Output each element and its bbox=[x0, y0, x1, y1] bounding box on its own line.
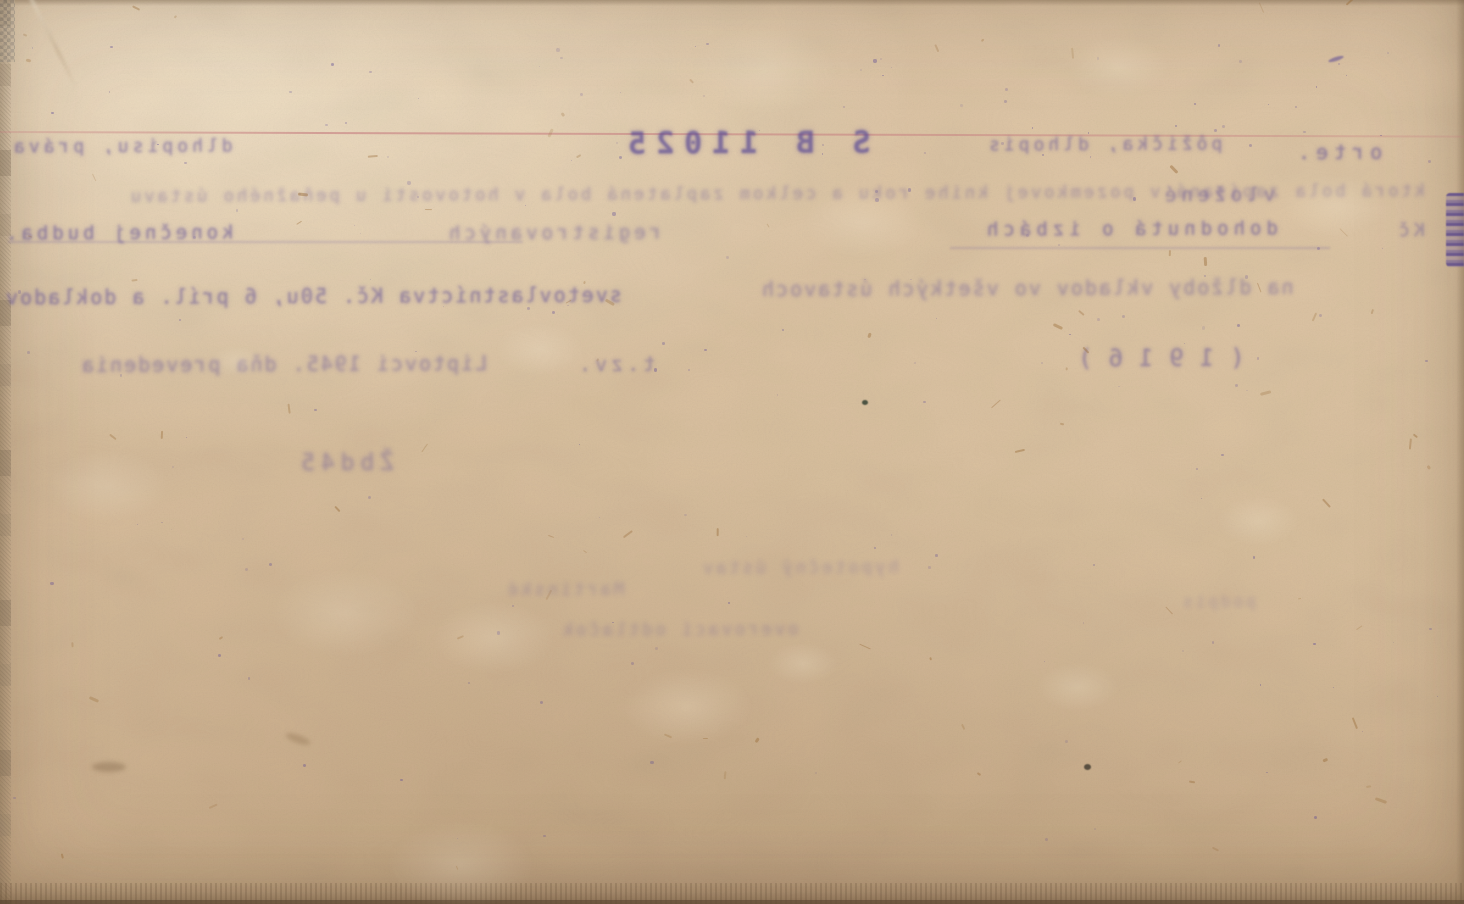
paper-fiber-speck bbox=[161, 431, 163, 439]
ink-speck bbox=[1093, 564, 1095, 566]
ink-speck bbox=[864, 279, 865, 280]
ink-speck bbox=[1042, 154, 1043, 155]
ink-speck bbox=[387, 156, 389, 158]
paper-fiber-speck bbox=[980, 38, 984, 42]
ink-speck bbox=[1246, 390, 1248, 392]
paper-fiber-speck bbox=[977, 772, 981, 776]
ink-speck bbox=[1045, 838, 1048, 841]
ink-speck bbox=[415, 351, 416, 352]
paper-fiber-speck bbox=[334, 505, 340, 511]
paper-fiber-speck bbox=[1322, 758, 1328, 762]
paper-fiber-speck bbox=[606, 299, 616, 306]
ink-speck bbox=[245, 568, 248, 571]
ink-speck bbox=[891, 67, 893, 69]
paper-fiber-speck bbox=[1169, 165, 1178, 174]
ink-speck bbox=[1313, 643, 1316, 646]
paper-fiber-speck bbox=[1356, 625, 1362, 630]
ink-speck bbox=[314, 409, 317, 412]
ink-speck bbox=[599, 517, 601, 519]
ink-speck bbox=[882, 75, 884, 77]
ink-speck bbox=[552, 311, 555, 314]
paper-fiber-speck bbox=[596, 358, 599, 362]
ink-speck bbox=[1338, 63, 1340, 65]
ink-speck bbox=[1268, 104, 1269, 105]
ink-speck bbox=[822, 144, 824, 146]
paper-fiber-speck bbox=[1188, 780, 1195, 783]
ink-speck bbox=[539, 66, 540, 67]
paper-speckle-layer bbox=[0, 0, 1464, 904]
ink-speck bbox=[620, 92, 621, 93]
ink-speck bbox=[468, 682, 470, 684]
paper-light-patch bbox=[1218, 497, 1299, 546]
ink-speck bbox=[137, 524, 138, 525]
ink-speck bbox=[815, 772, 817, 774]
ink-speck bbox=[650, 761, 654, 765]
ink-speck bbox=[1041, 362, 1043, 364]
paper-fiber-speck bbox=[1165, 606, 1173, 614]
ink-speck bbox=[728, 602, 730, 604]
ink-speck bbox=[688, 369, 690, 371]
paper-fiber-speck bbox=[1257, 283, 1262, 293]
ink-speck bbox=[1175, 125, 1177, 127]
paper-fiber-speck bbox=[218, 636, 222, 640]
ink-speck bbox=[759, 130, 760, 131]
ink-speck bbox=[910, 279, 912, 281]
ink-speck bbox=[873, 59, 876, 62]
ink-speck bbox=[684, 514, 686, 516]
paper-fiber-speck bbox=[1083, 347, 1090, 354]
ink-speck bbox=[1317, 247, 1320, 250]
scanned-document: dlhopisu, práva S B 11025 pôžička, dlhop… bbox=[0, 0, 1464, 904]
ink-speck bbox=[843, 106, 845, 108]
paper-fiber-speck bbox=[89, 696, 100, 703]
paper-fiber-speck bbox=[61, 853, 64, 858]
ink-speck bbox=[567, 305, 568, 306]
ink-speck bbox=[184, 162, 186, 164]
ink-speck bbox=[418, 98, 419, 99]
ink-speck bbox=[726, 256, 729, 259]
ink-speck bbox=[1202, 326, 1205, 329]
ink-speck bbox=[1346, 75, 1347, 76]
paper-fiber-speck bbox=[1322, 499, 1331, 508]
ink-speck bbox=[1245, 275, 1248, 278]
paper-fiber-speck bbox=[1409, 438, 1412, 449]
ink-speck bbox=[560, 57, 563, 60]
paper-fiber-speck bbox=[565, 300, 571, 304]
ink-speck bbox=[1428, 160, 1431, 163]
ink-speck bbox=[655, 647, 658, 650]
ink-speck bbox=[248, 677, 251, 680]
ink-speck bbox=[27, 351, 30, 354]
paper-fiber-speck bbox=[26, 59, 31, 62]
paper-fiber-speck bbox=[767, 224, 770, 228]
ink-speck bbox=[354, 225, 355, 226]
ink-speck bbox=[1097, 318, 1100, 321]
ink-speck bbox=[874, 547, 876, 549]
ink-speck bbox=[612, 212, 615, 215]
ink-speck bbox=[1437, 696, 1438, 697]
ink-speck bbox=[1249, 144, 1252, 147]
ink-speck bbox=[1005, 88, 1008, 91]
ink-speck bbox=[631, 662, 635, 666]
ink-speck bbox=[654, 368, 657, 371]
ink-speck bbox=[923, 401, 926, 404]
paper-fiber-speck bbox=[1060, 422, 1064, 425]
ink-speck bbox=[1239, 60, 1242, 63]
ink-speck bbox=[1222, 125, 1225, 128]
paper-fiber-speck bbox=[1169, 250, 1171, 256]
paper-fiber-speck bbox=[934, 44, 939, 52]
paper-fiber-speck bbox=[1345, 0, 1354, 6]
ink-speck bbox=[171, 529, 172, 530]
paper-fiber-speck bbox=[867, 332, 871, 338]
ink-speck bbox=[269, 563, 272, 566]
paper-light-patch bbox=[211, 346, 262, 376]
paper-fiber-speck bbox=[132, 278, 138, 281]
ink-speck bbox=[1237, 324, 1240, 327]
ink-speck bbox=[822, 153, 823, 154]
paper-fiber-speck bbox=[1351, 718, 1357, 730]
paper-light-patch bbox=[272, 569, 418, 657]
paper-light-patch bbox=[768, 643, 838, 685]
ink-speck bbox=[161, 522, 163, 524]
ink-speck bbox=[1221, 454, 1224, 457]
paper-fiber-speck bbox=[1312, 313, 1317, 322]
ink-speck bbox=[960, 104, 963, 107]
ink-speck bbox=[1196, 468, 1198, 470]
ink-speck bbox=[1026, 234, 1029, 237]
ink-speck bbox=[1333, 687, 1334, 688]
paper-fiber-speck bbox=[298, 193, 308, 197]
ink-speck bbox=[236, 209, 238, 211]
ink-speck bbox=[325, 124, 327, 126]
paper-fiber-speck bbox=[755, 737, 760, 742]
paper-fiber-speck bbox=[991, 399, 1001, 408]
ink-speck bbox=[1214, 129, 1217, 132]
paper-fiber-speck bbox=[548, 535, 554, 538]
ink-speck bbox=[556, 48, 560, 52]
paper-light-patch bbox=[387, 821, 534, 904]
paper-fiber-speck bbox=[1366, 786, 1371, 788]
ink-speck bbox=[543, 835, 545, 837]
ink-speck bbox=[303, 764, 306, 767]
ink-speck bbox=[345, 122, 346, 123]
ink-speck bbox=[1314, 816, 1317, 819]
ink-speck bbox=[360, 233, 361, 234]
ink-speck bbox=[186, 437, 188, 439]
ink-speck bbox=[218, 654, 221, 657]
ink-speck bbox=[1204, 275, 1206, 277]
ink-speck bbox=[1001, 142, 1004, 145]
ink-speck bbox=[400, 779, 403, 782]
paper-fiber-speck bbox=[929, 657, 932, 661]
paper-fiber-speck bbox=[132, 5, 140, 11]
ink-speck bbox=[443, 306, 444, 307]
ink-speck bbox=[370, 279, 372, 281]
ink-speck bbox=[1094, 828, 1096, 830]
ink-speck bbox=[193, 236, 196, 239]
paper-fiber-speck bbox=[422, 443, 429, 451]
paper-fiber-speck bbox=[1427, 465, 1431, 470]
paper-fiber-speck bbox=[723, 771, 726, 779]
paper-fiber-speck bbox=[961, 724, 966, 731]
ink-speck bbox=[1253, 556, 1256, 559]
ink-speck bbox=[1266, 772, 1267, 773]
ink-speck bbox=[407, 181, 410, 184]
ink-speck bbox=[928, 566, 931, 569]
ink-speck bbox=[1425, 360, 1428, 363]
paper-fiber-speck bbox=[92, 173, 97, 181]
paper-fiber-speck bbox=[71, 642, 73, 647]
paper-fiber-speck bbox=[1052, 323, 1062, 330]
ink-speck bbox=[1184, 343, 1186, 345]
paper-light-patch bbox=[1284, 175, 1387, 237]
ink-speck bbox=[1235, 384, 1238, 387]
paper-fiber-speck bbox=[1414, 434, 1419, 438]
paper-fiber-speck bbox=[623, 530, 634, 539]
paper-light-patch bbox=[1037, 663, 1118, 712]
paper-fiber-speck bbox=[425, 209, 432, 211]
paper-fiber-speck bbox=[1212, 846, 1219, 851]
ink-speck bbox=[1212, 641, 1215, 644]
paper-fiber-speck bbox=[716, 528, 718, 536]
paper-fiber-speck bbox=[548, 128, 554, 138]
paper-fiber-speck bbox=[1015, 449, 1025, 453]
paper-fiber-speck bbox=[1375, 797, 1387, 803]
ink-speck bbox=[1362, 731, 1363, 732]
ink-speck bbox=[880, 58, 883, 61]
ink-speck bbox=[289, 91, 291, 93]
paper-light-patch bbox=[1068, 37, 1169, 97]
paper-fiber-speck bbox=[296, 220, 302, 224]
ink-speck bbox=[13, 797, 15, 799]
ink-speck bbox=[1058, 244, 1060, 246]
paper-fiber-speck bbox=[1178, 760, 1182, 764]
paper-fiber-speck bbox=[583, 550, 587, 553]
ink-speck bbox=[32, 47, 33, 48]
ink-speck bbox=[860, 69, 862, 71]
paper-light-patch bbox=[804, 188, 921, 258]
ink-speck bbox=[1004, 100, 1007, 103]
paper-fiber-speck bbox=[368, 154, 378, 157]
ink-speck bbox=[1044, 661, 1045, 662]
paper-fiber-speck bbox=[1298, 598, 1301, 600]
ink-speck bbox=[1295, 106, 1297, 108]
ink-speck bbox=[580, 93, 583, 96]
ink-speck bbox=[50, 582, 53, 585]
paper-light-patch bbox=[623, 668, 752, 745]
ink-speck bbox=[242, 538, 243, 539]
ink-speck bbox=[157, 144, 159, 146]
ink-speck bbox=[1090, 156, 1091, 157]
ink-speck bbox=[908, 188, 912, 192]
ink-speck bbox=[540, 701, 543, 704]
ink-speck bbox=[1319, 314, 1322, 317]
ink-speck bbox=[1218, 44, 1221, 47]
paper-fiber-speck bbox=[1204, 257, 1207, 266]
ink-speck bbox=[1065, 740, 1068, 743]
ink-speck bbox=[527, 307, 530, 310]
ink-speck bbox=[1182, 650, 1184, 652]
paper-fiber-speck bbox=[209, 803, 218, 809]
paper-fiber-speck bbox=[1066, 367, 1068, 371]
ink-speck bbox=[616, 142, 617, 143]
ink-speck bbox=[1069, 334, 1070, 335]
paper-light-patch bbox=[496, 323, 584, 376]
paper-fiber-speck bbox=[1259, 2, 1264, 12]
ink-speck bbox=[1257, 357, 1259, 359]
ink-speck bbox=[1083, 622, 1084, 623]
ink-speck bbox=[1201, 498, 1202, 499]
ink-speck bbox=[1393, 642, 1394, 643]
ink-speck bbox=[525, 205, 526, 206]
ink-speck bbox=[1387, 52, 1389, 54]
ink-speck bbox=[695, 46, 696, 47]
ink-speck bbox=[579, 444, 580, 445]
ink-speck bbox=[1260, 684, 1262, 686]
paper-fiber-speck bbox=[288, 403, 291, 414]
paper-fiber-speck bbox=[1078, 310, 1085, 316]
paper-fiber-speck bbox=[576, 154, 582, 159]
paper-fiber-speck bbox=[1260, 391, 1271, 396]
ink-speck bbox=[1122, 315, 1125, 318]
ink-speck bbox=[914, 362, 915, 363]
ink-speck bbox=[1382, 248, 1383, 249]
ink-speck bbox=[619, 156, 622, 159]
ink-speck bbox=[51, 112, 54, 115]
ink-speck bbox=[1133, 197, 1136, 200]
ink-speck bbox=[368, 496, 372, 500]
ink-speck bbox=[924, 152, 926, 154]
paper-fiber-speck bbox=[174, 16, 177, 19]
ink-speck bbox=[1316, 86, 1317, 87]
ink-speck bbox=[110, 46, 112, 48]
ink-speck bbox=[571, 160, 572, 161]
paper-light-patch bbox=[692, 27, 836, 114]
ink-speck bbox=[891, 534, 893, 536]
ink-speck bbox=[109, 91, 110, 92]
paper-fiber-speck bbox=[22, 33, 26, 37]
paper-light-patch bbox=[434, 601, 555, 673]
ink-speck bbox=[612, 622, 614, 624]
ink-speck bbox=[662, 342, 665, 345]
ink-speck bbox=[1032, 127, 1034, 129]
ink-speck bbox=[1380, 135, 1382, 137]
ink-speck bbox=[179, 319, 182, 322]
ink-speck bbox=[1303, 131, 1305, 133]
ink-speck bbox=[1118, 386, 1119, 387]
paper-fiber-speck bbox=[545, 590, 552, 601]
ink-speck bbox=[936, 318, 937, 319]
paper-fiber-speck bbox=[859, 644, 870, 650]
ink-speck bbox=[1429, 628, 1431, 630]
ink-speck bbox=[746, 536, 747, 537]
ink-speck bbox=[120, 374, 123, 377]
ink-speck bbox=[172, 466, 174, 468]
paper-light-patch bbox=[47, 450, 167, 522]
ink-speck bbox=[777, 394, 779, 396]
paper-fiber-speck bbox=[1371, 309, 1374, 314]
paper-fiber-speck bbox=[560, 113, 564, 118]
ink-speck bbox=[369, 71, 371, 73]
ink-speck bbox=[1194, 103, 1196, 105]
ink-speck bbox=[935, 554, 938, 557]
ink-speck bbox=[704, 349, 706, 351]
paper-fiber-speck bbox=[28, 236, 33, 238]
ink-speck bbox=[331, 63, 334, 66]
ink-speck bbox=[18, 290, 21, 293]
paper-fiber-speck bbox=[584, 281, 586, 285]
ink-speck bbox=[782, 329, 784, 331]
ink-speck bbox=[417, 196, 419, 198]
ink-speck bbox=[1088, 132, 1089, 133]
paper-fiber-speck bbox=[109, 433, 116, 439]
